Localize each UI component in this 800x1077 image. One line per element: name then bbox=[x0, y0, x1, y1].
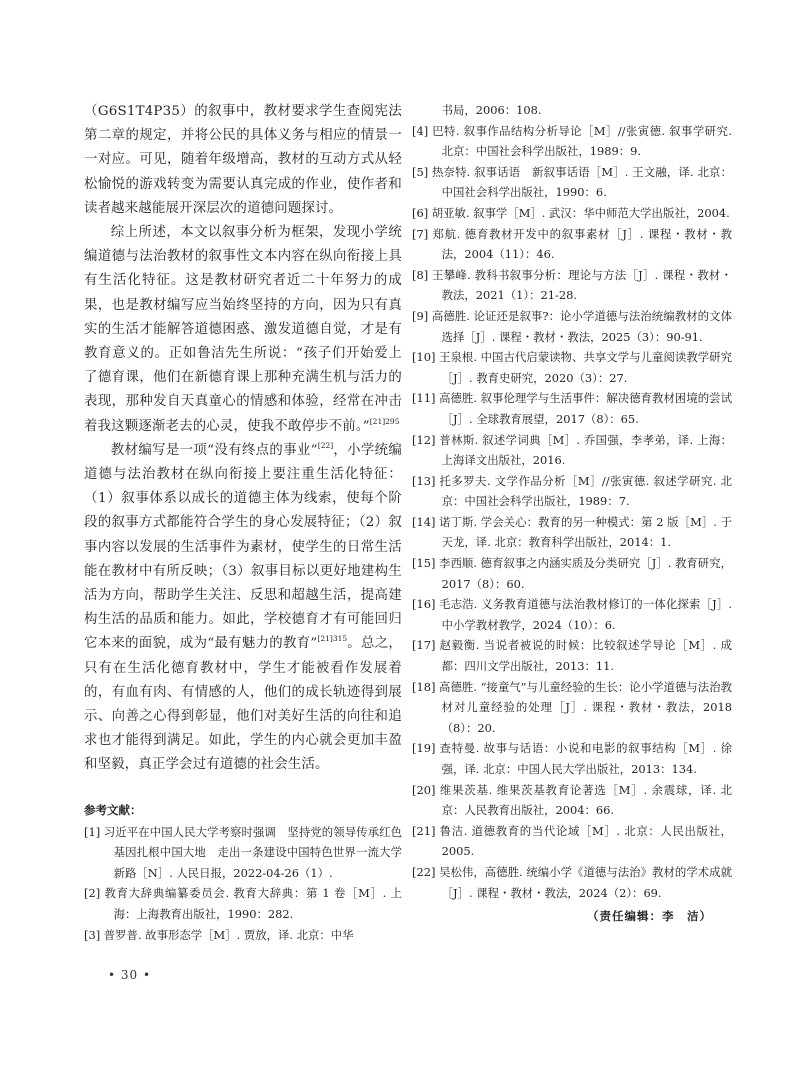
reference-number: [5] bbox=[412, 162, 428, 183]
reference-text: 热奈特. 叙事话语 新叙事话语［M］. 王文融，译. 北京：中国社会科学出版社，… bbox=[432, 165, 732, 200]
reference-text: 诺丁斯. 学会关心：教育的另一种模式：第 2 版［M］. 于天龙，译. 北京：教… bbox=[439, 515, 732, 550]
reference-text: 习近平在中国人民大学考察时强调 坚持党的领导传承红色基因扎根中国大地 走出一条建… bbox=[104, 825, 402, 880]
reference-text: 毛志浩. 义务教育道德与法治教材修订的一体化探索［J］. 中小学教材教学，202… bbox=[439, 597, 732, 632]
reference-item: [21] 鲁洁. 道德教育的当代论域［M］. 北京：人民出版社，2005. bbox=[412, 821, 732, 862]
reference-text: 高德胜. 论证还是叙事?：论小学道德与法治统编教材的文体选择［J］. 课程・教材… bbox=[432, 309, 732, 344]
reference-text: 王攀峰. 教科书叙事分析：理论与方法［J］. 课程・教材・教法，2021（1）：… bbox=[432, 268, 732, 303]
body-paragraph-1: （G6S1T4P35）的叙事中，教材要求学生查阅宪法第二章的规定，并将公民的具体… bbox=[84, 100, 402, 221]
paragraph-2-text: 综上所述，本文以叙事分析为框架，发现小学统编道德与法治教材的叙事性文本内容在纵向… bbox=[84, 225, 402, 434]
reference-number: [18] bbox=[412, 677, 435, 698]
reference-number: [7] bbox=[412, 224, 428, 245]
reference-text: 巴特. 叙事作品结构分析导论［M］//张寅德. 叙事学研究. 北京：中国社会科学… bbox=[432, 124, 732, 159]
left-column: （G6S1T4P35）的叙事中，教材要求学生查阅宪法第二章的规定，并将公民的具体… bbox=[84, 100, 402, 945]
reference-number: [8] bbox=[412, 265, 428, 286]
reference-text: 高德胜. “接童气”与儿童经验的生长：论小学道德与法治教材对儿童经验的处理［J］… bbox=[439, 680, 732, 735]
reference-number: [11] bbox=[412, 388, 435, 409]
reference-item: [8] 王攀峰. 教科书叙事分析：理论与方法［J］. 课程・教材・教法，2021… bbox=[412, 265, 732, 306]
references-list-left: [1] 习近平在中国人民大学考察时强调 坚持党的领导传承红色基因扎根中国大地 走… bbox=[84, 822, 402, 946]
reference-text: 高德胜. 叙事伦理学与生活事件：解决德育教材困境的尝试［J］. 全球教育展望，2… bbox=[439, 391, 732, 426]
reference-item: [19] 查特曼. 故事与话语：小说和电影的叙事结构［M］. 徐强，译. 北京：… bbox=[412, 738, 732, 779]
reference-text: 吴松伟，高德胜. 统编小学《道德与法治》教材的学术成就［J］. 课程・教材・教法… bbox=[439, 865, 732, 900]
reference-number: [17] bbox=[412, 635, 435, 656]
reference-item: [14] 诺丁斯. 学会关心：教育的另一种模式：第 2 版［M］. 于天龙，译.… bbox=[412, 512, 732, 553]
reference-text: 李西顺. 德育叙事之内涵实质及分类研究［J］. 教育研究，2017（8）：60. bbox=[439, 556, 732, 591]
reference-item: [17] 赵毅衡. 当说者被说的时候：比较叙述学导论［M］. 成都：四川文学出版… bbox=[412, 635, 732, 676]
reference-item: [11] 高德胜. 叙事伦理学与生活事件：解决德育教材困境的尝试［J］. 全球教… bbox=[412, 388, 732, 429]
reference-text: 托多罗夫. 文学作品分析［M］//张寅德. 叙述学研究. 北京：中国社会科学出版… bbox=[440, 474, 732, 509]
reference-text: 查特曼. 故事与话语：小说和电影的叙事结构［M］. 徐强，译. 北京：中国人民大… bbox=[440, 741, 732, 776]
reference-number: [3] bbox=[84, 925, 100, 946]
reference-item: [9] 高德胜. 论证还是叙事?：论小学道德与法治统编教材的文体选择［J］. 课… bbox=[412, 306, 732, 347]
reference-item: [7] 郑航. 德育教材开发中的叙事素材［J］. 课程・教材・教法，2004（1… bbox=[412, 224, 732, 265]
reference-item: [22] 吴松伟，高德胜. 统编小学《道德与法治》教材的学术成就［J］. 课程・… bbox=[412, 862, 732, 903]
reference-number: [1] bbox=[84, 822, 100, 843]
reference-number: [16] bbox=[412, 594, 435, 615]
reference-text: 维果茨基. 维果茨基教育论著选［M］. 余震球，译. 北京：人民教育出版社，20… bbox=[440, 783, 732, 818]
reference-number: [21] bbox=[412, 821, 435, 842]
reference-text: 赵毅衡. 当说者被说的时候：比较叙述学导论［M］. 成都：四川文学出版社，201… bbox=[440, 638, 732, 673]
body-paragraph-2: 综上所述，本文以叙事分析为框架，发现小学统编道德与法治教材的叙事性文本内容在纵向… bbox=[84, 221, 402, 439]
right-column: 书局，2006：108. [4] 巴特. 叙事作品结构分析导论［M］//张寅德.… bbox=[412, 100, 732, 903]
citation-superscript: [22] bbox=[318, 441, 333, 450]
reference-number: [6] bbox=[412, 203, 428, 224]
responsible-editor: （责任编辑：李 洁） bbox=[587, 908, 712, 924]
reference-item: [18] 高德胜. “接童气”与儿童经验的生长：论小学道德与法治教材对儿童经验的… bbox=[412, 677, 732, 739]
references-heading: 参考文献： bbox=[84, 800, 402, 820]
reference-item: [5] 热奈特. 叙事话语 新叙事话语［M］. 王文融，译. 北京：中国社会科学… bbox=[412, 162, 732, 203]
citation-superscript: [21]315 bbox=[317, 634, 347, 643]
reference-number: [20] bbox=[412, 780, 435, 801]
reference-number: [4] bbox=[412, 121, 428, 142]
reference-number: [12] bbox=[412, 430, 435, 451]
reference-number: [10] bbox=[412, 347, 435, 368]
reference-item: [12] 普林斯. 叙述学词典［M］. 乔国强，李孝弟，译. 上海：上海译文出版… bbox=[412, 430, 732, 471]
paragraph-3-text-b: ，小学统编道德与法治教材在纵向衔接上要注重生活化特征：（1）叙事体系以成长的道德… bbox=[84, 443, 402, 652]
reference-number: [22] bbox=[412, 862, 435, 883]
reference-text: 普罗普. 故事形态学［M］. 贾放，译. 北京：中华 bbox=[104, 928, 354, 942]
body-paragraph-3: 教材编写是一项“没有终点的事业”[22]，小学统编道德与法治教材在纵向衔接上要注… bbox=[84, 439, 402, 778]
reference-number: [14] bbox=[412, 512, 435, 533]
reference-text: 普林斯. 叙述学词典［M］. 乔国强，李孝弟，译. 上海：上海译文出版社，201… bbox=[439, 433, 732, 468]
paragraph-3-text-c: 。总之，只有在生活化德育教材中，学生才能被看作发展着的，有血有肉、有情感的人，他… bbox=[84, 636, 402, 772]
reference-item: [20] 维果茨基. 维果茨基教育论著选［M］. 余震球，译. 北京：人民教育出… bbox=[412, 780, 732, 821]
reference-item: [13] 托多罗夫. 文学作品分析［M］//张寅德. 叙述学研究. 北京：中国社… bbox=[412, 471, 732, 512]
reference-item: [16] 毛志浩. 义务教育道德与法治教材修订的一体化探索［J］. 中小学教材教… bbox=[412, 594, 732, 635]
reference-item-continued: 书局，2006：108. bbox=[412, 100, 732, 121]
reference-item: [6] 胡亚敏. 叙事学［M］. 武汉：华中师范大学出版社，2004. bbox=[412, 203, 732, 224]
page-number: • 30 • bbox=[108, 968, 151, 982]
reference-item: [10] 王泉根. 中国古代启蒙读物、共享文学与儿童阅读教学研究［J］. 教育史… bbox=[412, 347, 732, 388]
reference-number: [15] bbox=[412, 553, 435, 574]
reference-text: 教育大辞典编纂委员会. 教育大辞典：第 1 卷［M］. 上海：上海教育出版社，1… bbox=[104, 886, 402, 921]
paragraph-3-text-a: 教材编写是一项“没有终点的事业” bbox=[111, 443, 318, 458]
reference-item: [3] 普罗普. 故事形态学［M］. 贾放，译. 北京：中华 bbox=[84, 925, 402, 946]
reference-text: 鲁洁. 道德教育的当代论域［M］. 北京：人民出版社，2005. bbox=[440, 824, 732, 859]
reference-item: [15] 李西顺. 德育叙事之内涵实质及分类研究［J］. 教育研究，2017（8… bbox=[412, 553, 732, 594]
reference-number: [2] bbox=[84, 883, 100, 904]
reference-text: 郑航. 德育教材开发中的叙事素材［J］. 课程・教材・教法，2004（11）：4… bbox=[433, 227, 733, 262]
reference-number: [9] bbox=[412, 306, 428, 327]
reference-text: 胡亚敏. 叙事学［M］. 武汉：华中师范大学出版社，2004. bbox=[432, 206, 730, 220]
reference-number: [13] bbox=[412, 471, 435, 492]
reference-item: [1] 习近平在中国人民大学考察时强调 坚持党的领导传承红色基因扎根中国大地 走… bbox=[84, 822, 402, 884]
reference-text: 王泉根. 中国古代启蒙读物、共享文学与儿童阅读教学研究［J］. 教育史研究，20… bbox=[439, 350, 732, 385]
reference-number: [19] bbox=[412, 738, 435, 759]
reference-item: [4] 巴特. 叙事作品结构分析导论［M］//张寅德. 叙事学研究. 北京：中国… bbox=[412, 121, 732, 162]
citation-superscript: [21]295 bbox=[370, 417, 400, 426]
reference-item: [2] 教育大辞典编纂委员会. 教育大辞典：第 1 卷［M］. 上海：上海教育出… bbox=[84, 883, 402, 924]
